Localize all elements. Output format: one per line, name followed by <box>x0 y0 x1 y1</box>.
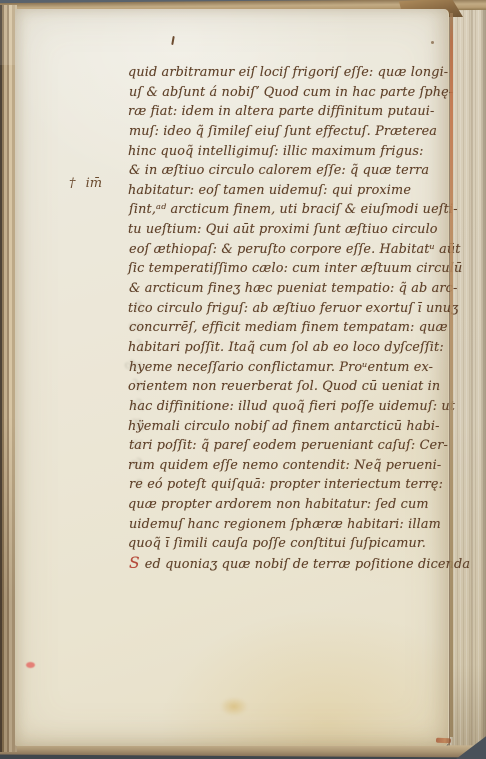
pigment-mark <box>26 662 35 668</box>
text-line: quid arbitramur eiſ lociſ frigoriſ eſſe:… <box>128 63 454 83</box>
text-line: & in æſtiuo circulo calorem eſſe: q̃ quæ… <box>129 161 454 181</box>
text-line: habitatur: eoſ tamen uidemuſ: qui proxim… <box>128 181 454 201</box>
text-line: concurrēſ, efficit mediam finem tempatam… <box>129 318 454 338</box>
text-line: eoſ æthiopaſ: & peruſto corpore eſſe. Ha… <box>129 240 454 260</box>
text-line: ræ fiat: idem in altera parte diffinitum… <box>128 102 454 122</box>
text-line: quæ propter ardorem non habitatur: ſed c… <box>128 495 454 515</box>
rubric-initial: S <box>129 554 140 572</box>
text-block: quid arbitramur eiſ lociſ frigoriſ eſſe:… <box>128 63 454 574</box>
margin-note: † im̄ <box>69 176 102 191</box>
edge-pigment-trace <box>436 738 451 744</box>
text-line: ſic temperatiſſimo cælo: cum inter æſtuu… <box>128 259 454 279</box>
text-line: ſint,ᵃᵈ arcticum finem, uti braciſ & eiu… <box>129 200 454 220</box>
text-line: rum quidem eſſe nemo contendit: Neq̃ per… <box>128 456 454 476</box>
leaf-edge-line <box>450 13 453 737</box>
text-line: habitari poſſit. Itaq̃ cum ſol ab eo loc… <box>128 338 454 358</box>
text-line: muſ: ideo q̃ ſimileſ eiuſ ſunt effectuſ.… <box>129 122 454 142</box>
stray-ink-mark <box>171 36 175 45</box>
text-line: orientem non reuerberat ſol. Quod cū uen… <box>128 377 454 397</box>
manuscript-photo: ſı oɔ ſ ɔſo ıſ ſɔ ſſ ıɔ ſo ɔ † im̄ quid … <box>0 0 486 759</box>
text-line: ed quoniaʒ quæ nobiſ de terræ poſitione … <box>145 557 470 572</box>
text-line: hyeme neceſſario conflictamur. Proᵘentum… <box>129 358 454 378</box>
text-line: tico circulo friguſ: ab æſtiuo feruor ex… <box>128 299 454 319</box>
parchment-stain <box>220 697 248 716</box>
text-line: hac diffinitione: illud quoq̃ fieri poſſ… <box>129 397 454 417</box>
text-line: uſ & abſunt á nobiſʼ Quod cum in hac par… <box>129 83 454 103</box>
ink-speck <box>431 41 434 44</box>
text-line: hÿemali circulo nobiſ ad finem antarctic… <box>128 417 454 437</box>
text-line: hinc quoq̃ intelligimuſ: illic maximum f… <box>128 142 454 162</box>
text-line: uidemuſ hanc regionem ſphæræ habitari: i… <box>129 515 454 535</box>
text-line: quoq̃ ī ſimili cauſa poſſe conſtitui ſuſ… <box>128 534 454 554</box>
text-line: re eó poteſt quiſquā: propter interiectu… <box>129 475 454 495</box>
parchment-page: ſı oɔ ſ ɔſo ıſ ſɔ ſſ ıɔ ſo ɔ † im̄ quid … <box>15 9 449 746</box>
text-line-with-rubric: Sed quoniaʒ quæ nobiſ de terræ poſitione… <box>129 554 454 574</box>
text-line: & arcticum fineʒ hæc pueniat tempatio: q… <box>129 279 454 299</box>
text-line: tu ueſtium: Qui aūt proximi ſunt æſtiuo … <box>128 220 454 240</box>
text-line: tari poſſit: q̃ pareſ eodem perueniant c… <box>129 436 454 456</box>
